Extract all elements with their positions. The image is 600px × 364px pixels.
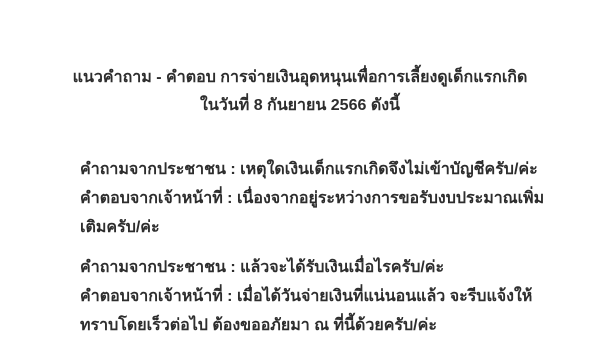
page-title-line2: ในวันที่ 8 กันยายน 2566 ดังนี้	[0, 92, 600, 120]
qa-answer: คำตอบจากเจ้าหน้าที่ : เมื่อได้วันจ่ายเงิ…	[80, 282, 558, 340]
qa-section: คำถามจากประชาชน : เหตุใดเงินเด็กแรกเกิดจ…	[0, 155, 600, 340]
page-title: แนวคำถาม - คำตอบ การจ่ายเงินอุดหนุนเพื่อ…	[0, 0, 600, 120]
qa-answer: คำตอบจากเจ้าหน้าที่ : เนื่องจากอยู่ระหว่…	[80, 184, 558, 242]
qa-pair-2: คำถามจากประชาชน : แล้วจะได้รับเงินเมื่อไ…	[80, 253, 558, 340]
qa-question: คำถามจากประชาชน : เหตุใดเงินเด็กแรกเกิดจ…	[80, 155, 558, 184]
qa-question: คำถามจากประชาชน : แล้วจะได้รับเงินเมื่อไ…	[80, 253, 558, 282]
qa-pair-1: คำถามจากประชาชน : เหตุใดเงินเด็กแรกเกิดจ…	[80, 155, 558, 242]
document-page: แนวคำถาม - คำตอบ การจ่ายเงินอุดหนุนเพื่อ…	[0, 0, 600, 364]
page-title-line1: แนวคำถาม - คำตอบ การจ่ายเงินอุดหนุนเพื่อ…	[0, 64, 600, 92]
